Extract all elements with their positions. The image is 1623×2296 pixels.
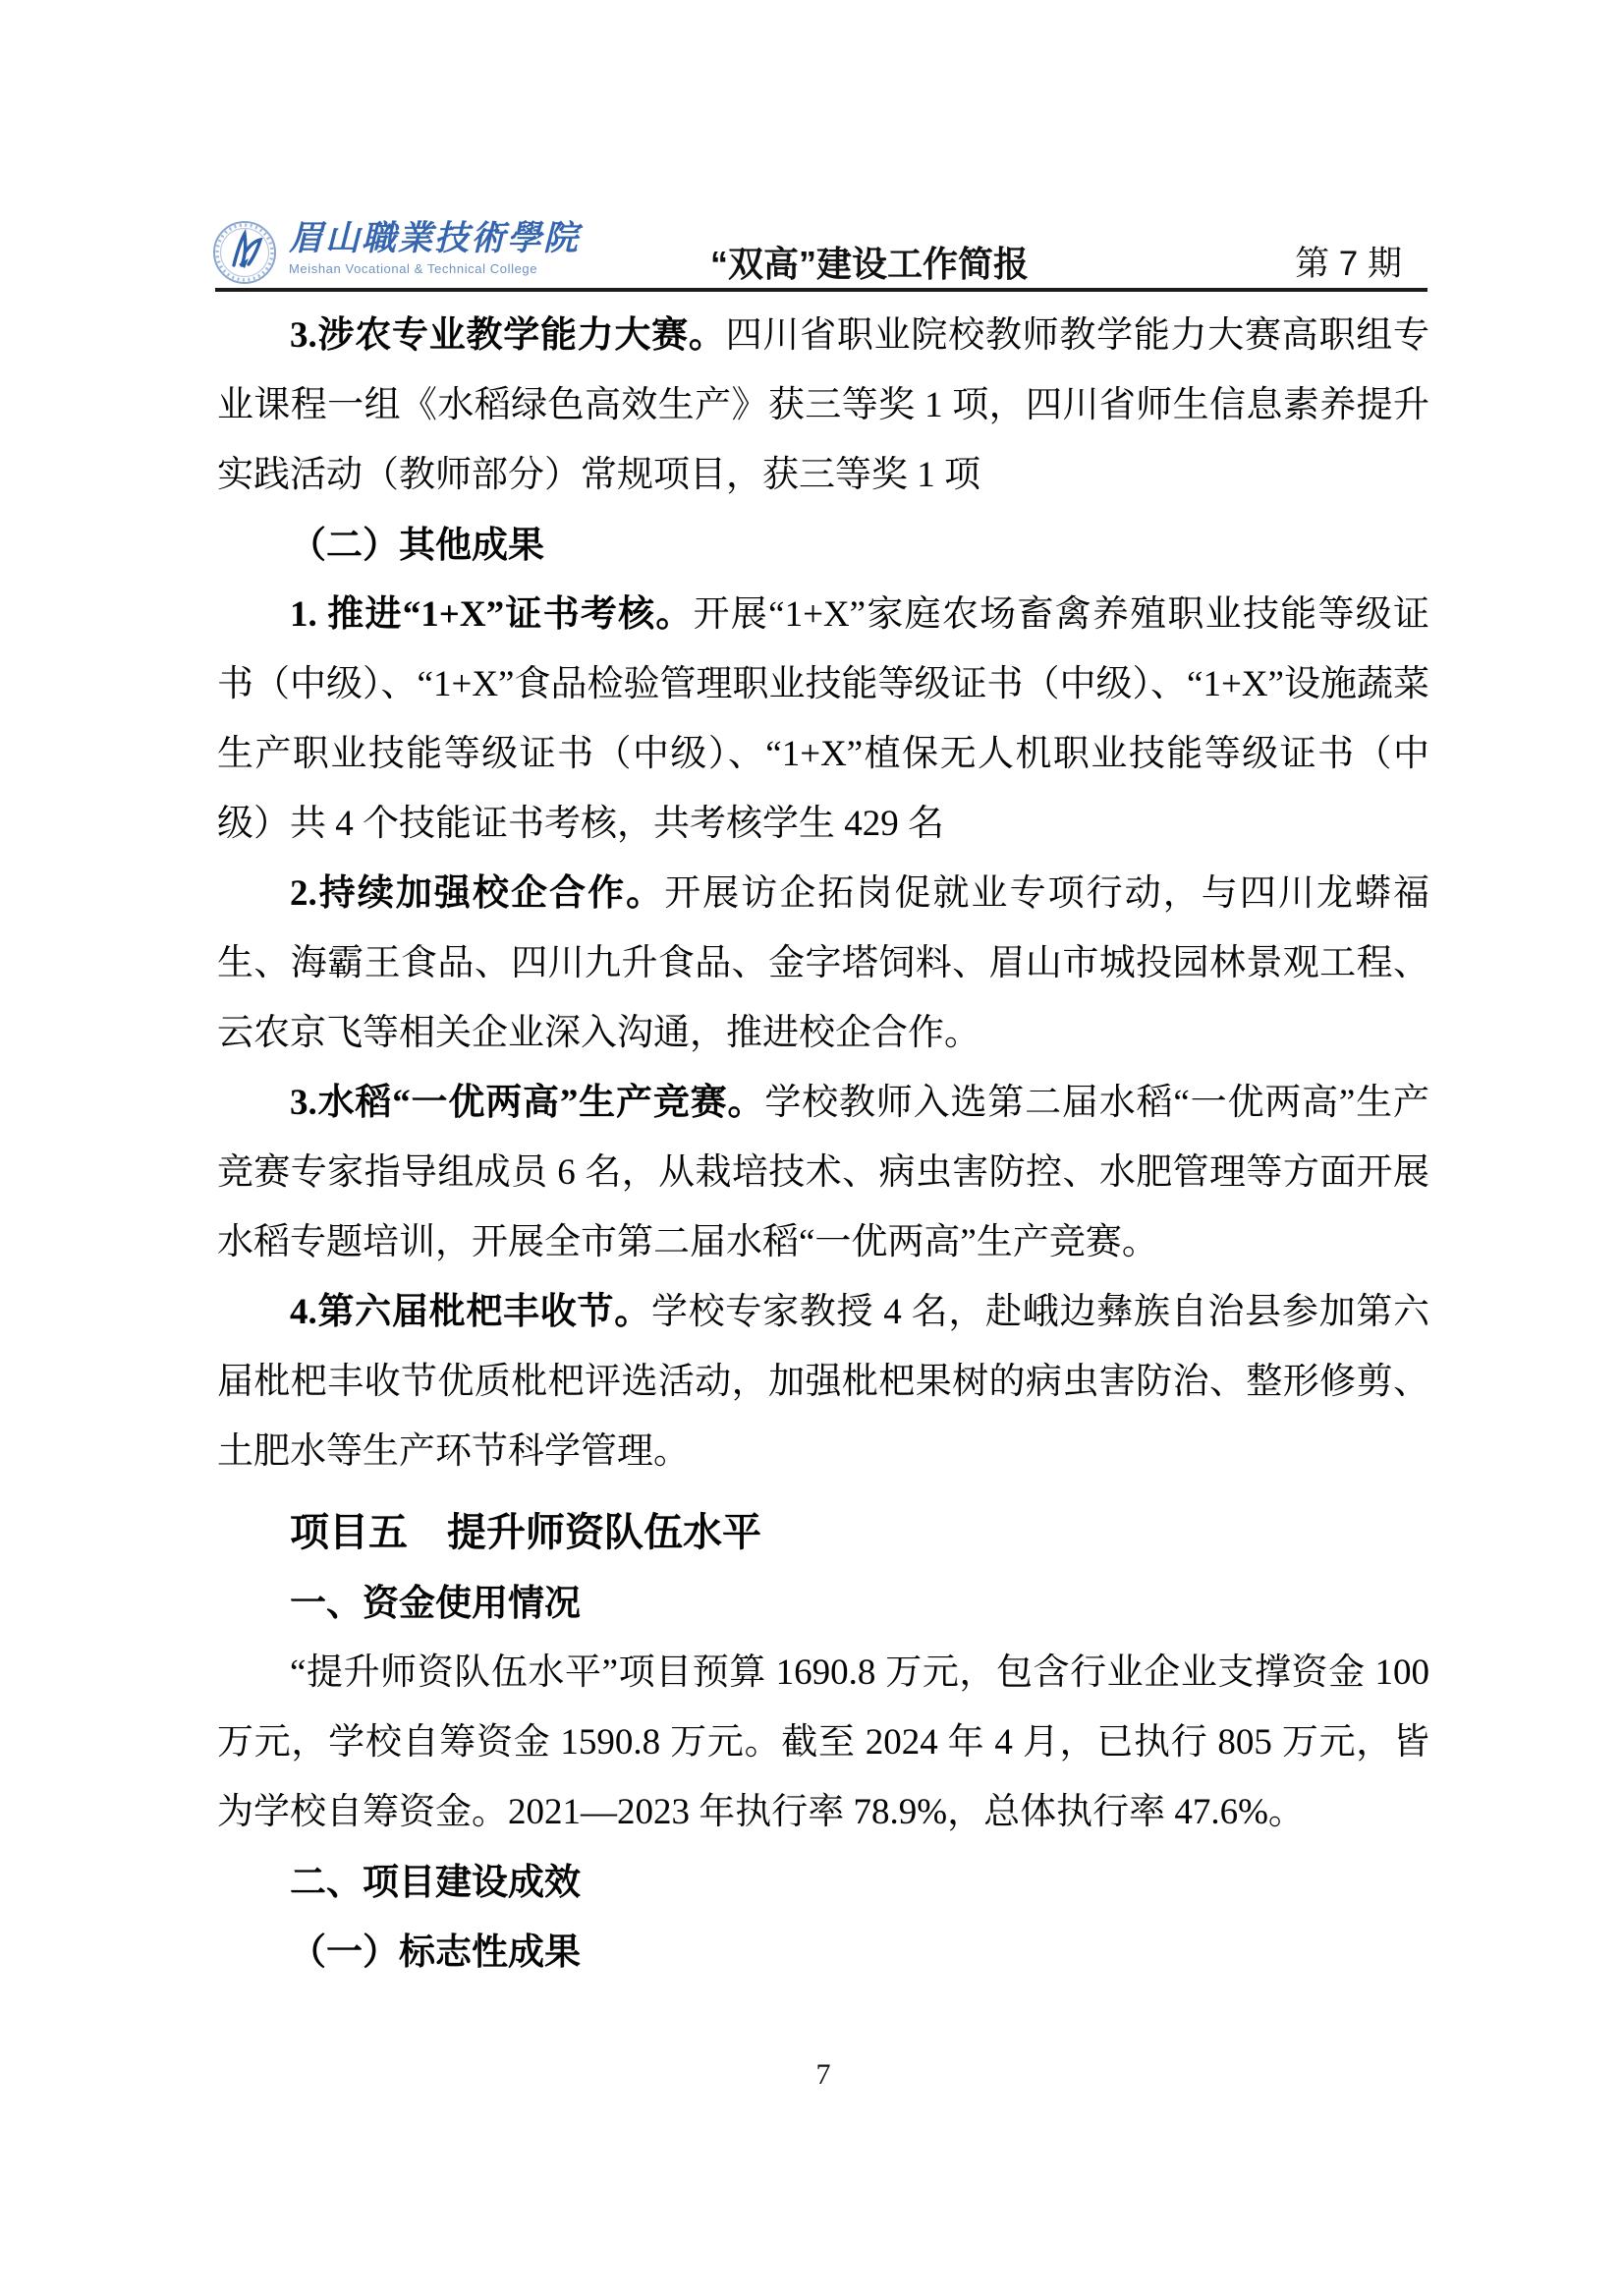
paragraph-text: “提升师资队伍水平”项目预算 1690.8 万元，包含行业企业支撑资金 100 …	[217, 1652, 1429, 1832]
section-heading: 一、资金使用情况	[217, 1568, 1429, 1638]
heading-text: （一）标志性成果	[290, 1932, 581, 1972]
paragraph-lead: 3.水稻“一优两高”生产竞赛。	[290, 1083, 764, 1123]
document-page: 眉山職業技術學院 Meishan Vocational & Technical …	[0, 0, 1623, 2296]
section-heading: （二）其他成果	[217, 510, 1429, 580]
paragraph-lead: 3.涉农专业教学能力大赛。	[290, 315, 726, 356]
issue-number: 第 7 期	[1295, 245, 1402, 284]
bulletin-title: “双高”建设工作简报	[710, 245, 1029, 284]
paragraph-lead: 4.第六届枇杷丰收节。	[290, 1292, 651, 1332]
heading-text: （二）其他成果	[290, 525, 544, 565]
header-rule	[215, 288, 1427, 292]
college-name-en: Meishan Vocational & Technical College	[289, 261, 580, 277]
paragraph: 3.水稻“一优两高”生产竞赛。学校教师入选第二届水稻“一优两高”生产竞赛专家指导…	[217, 1068, 1429, 1277]
heading-text: 项目五 提升师资队伍水平	[290, 1511, 761, 1554]
heading-text: 一、资金使用情况	[290, 1583, 581, 1623]
college-name: 眉山職業技術學院 Meishan Vocational & Technical …	[289, 220, 580, 277]
college-seal-icon	[212, 220, 277, 285]
college-name-cn: 眉山職業技術學院	[289, 220, 580, 257]
section-heading: （一）标志性成果	[217, 1917, 1429, 1987]
paragraph-lead: 1. 推进“1+X”证书考核。	[290, 594, 694, 635]
paragraph: 4.第六届枇杷丰收节。学校专家教授 4 名，赴峨边彝族自治县参加第六届枇杷丰收节…	[217, 1277, 1429, 1486]
paragraph-lead: 2.持续加强校企合作。	[290, 873, 664, 914]
major-heading: 项目五 提升师资队伍水平	[217, 1498, 1429, 1568]
heading-text: 二、项目建设成效	[290, 1862, 581, 1902]
section-heading: 二、项目建设成效	[217, 1847, 1429, 1917]
paragraph: 2.持续加强校企合作。开展访企拓岗促就业专项行动，与四川龙蟒福生、海霸王食品、四…	[217, 859, 1429, 1068]
paragraph: “提升师资队伍水平”项目预算 1690.8 万元，包含行业企业支撑资金 100 …	[217, 1638, 1429, 1847]
document-body: 3.涉农专业教学能力大赛。四川省职业院校教师教学能力大赛高职组专业课程一组《水稻…	[217, 301, 1429, 1987]
paragraph: 1. 推进“1+X”证书考核。开展“1+X”家庭农场畜禽养殖职业技能等级证书（中…	[217, 580, 1429, 859]
paragraph: 3.涉农专业教学能力大赛。四川省职业院校教师教学能力大赛高职组专业课程一组《水稻…	[217, 301, 1429, 510]
page-number: 7	[217, 2057, 1429, 2093]
college-logo: 眉山職業技術學院 Meishan Vocational & Technical …	[212, 220, 580, 285]
